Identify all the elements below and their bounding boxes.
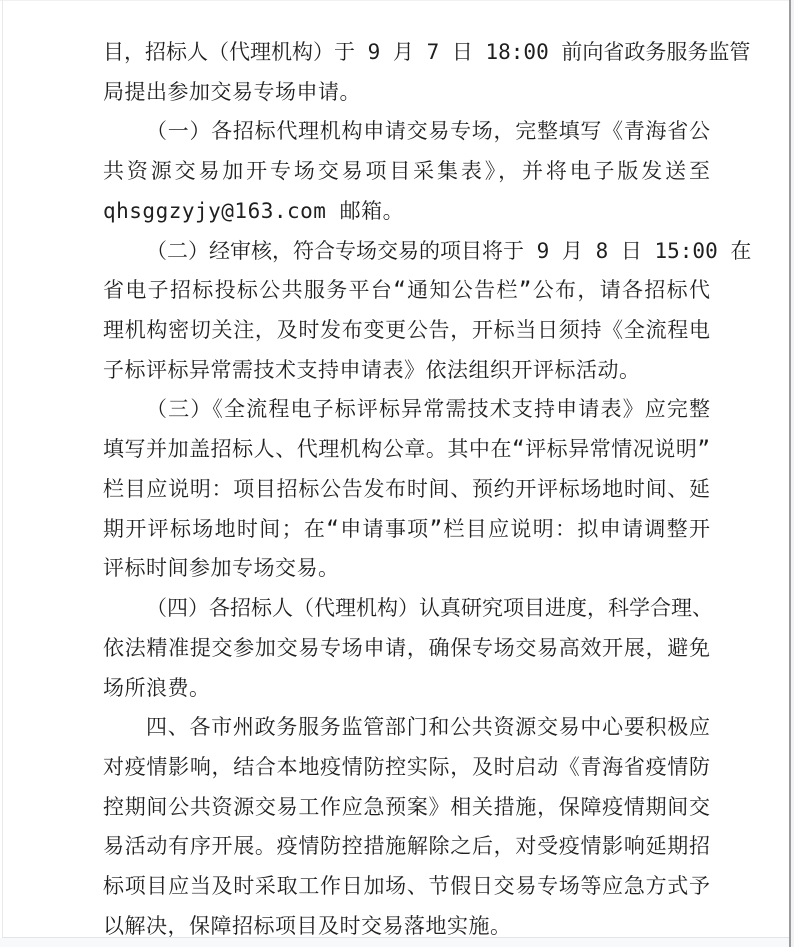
text-line: （一）各招标代理机构申请交易专场，完整填写《青海省公 [103, 112, 710, 152]
text-line: 对疫情影响，结合本地疫情防控实际，及时启动《青海省疫情防 [103, 748, 710, 788]
text-line: 控期间公共资源交易工作应急预案》相关措施，保障疫情期间交 [103, 788, 710, 828]
text-line: 场所浪费。 [103, 669, 710, 709]
text-line: 目，招标人（代理机构）于 9 月 7 日 18:00 前向省政务服务监管 [103, 33, 710, 73]
page-top-edge [0, 0, 789, 1]
text-line: 易活动有序开展。疫情防控措施解除之后，对受疫情影响延期招 [103, 827, 710, 867]
text-line: 局提出参加交易专场申请。 [103, 73, 710, 113]
page-gap [0, 938, 789, 947]
text-line: 子标评标异常需技术支持申请表》依法组织开评标活动。 [103, 351, 710, 391]
text-line: （四）各招标人（代理机构）认真研究项目进度，科学合理、 [103, 589, 710, 629]
text-line: （二）经审核，符合专场交易的项目将于 9 月 8 日 15:00 在 [103, 232, 710, 272]
text-line: 省电子招标投标公共服务平台“通知公告栏”公布，请各招标代 [103, 271, 710, 311]
document-page: 目，招标人（代理机构）于 9 月 7 日 18:00 前向省政务服务监管局提出参… [0, 0, 789, 938]
text-line: 共资源交易加开专场交易项目采集表》，并将电子版发送至 [103, 152, 710, 192]
text-line: 标项目应当及时采取工作日加场、节假日交易专场等应急方式予 [103, 867, 710, 907]
text-line: 填写并加盖招标人、代理机构公章。其中在“评标异常情况说明” [103, 430, 710, 470]
text-line: 理机构密切关注，及时发布变更公告，开标当日须持《全流程电 [103, 311, 710, 351]
text-line: 四、各市州政务服务监管部门和公共资源交易中心要积极应 [103, 708, 710, 748]
text-line: 依法精准提交参加交易专场申请，确保专场交易高效开展，避免 [103, 629, 710, 669]
text-line: 期开评标场地时间；在“申请事项”栏目应说明：拟申请调整开 [103, 510, 710, 550]
text-line: 栏目应说明：项目招标公告发布时间、预约开评标场地时间、延 [103, 470, 710, 510]
document-body: 目，招标人（代理机构）于 9 月 7 日 18:00 前向省政务服务监管局提出参… [103, 33, 710, 947]
text-line: qhsggzyjy@163.com 邮箱。 [103, 192, 710, 232]
page-left-edge [2, 0, 3, 938]
text-line: 评标时间参加专场交易。 [103, 549, 710, 589]
text-line: （三）《全流程电子标评标异常需技术支持申请表》应完整 [103, 390, 710, 430]
document-viewer: 目，招标人（代理机构）于 9 月 7 日 18:00 前向省政务服务监管局提出参… [0, 0, 794, 947]
